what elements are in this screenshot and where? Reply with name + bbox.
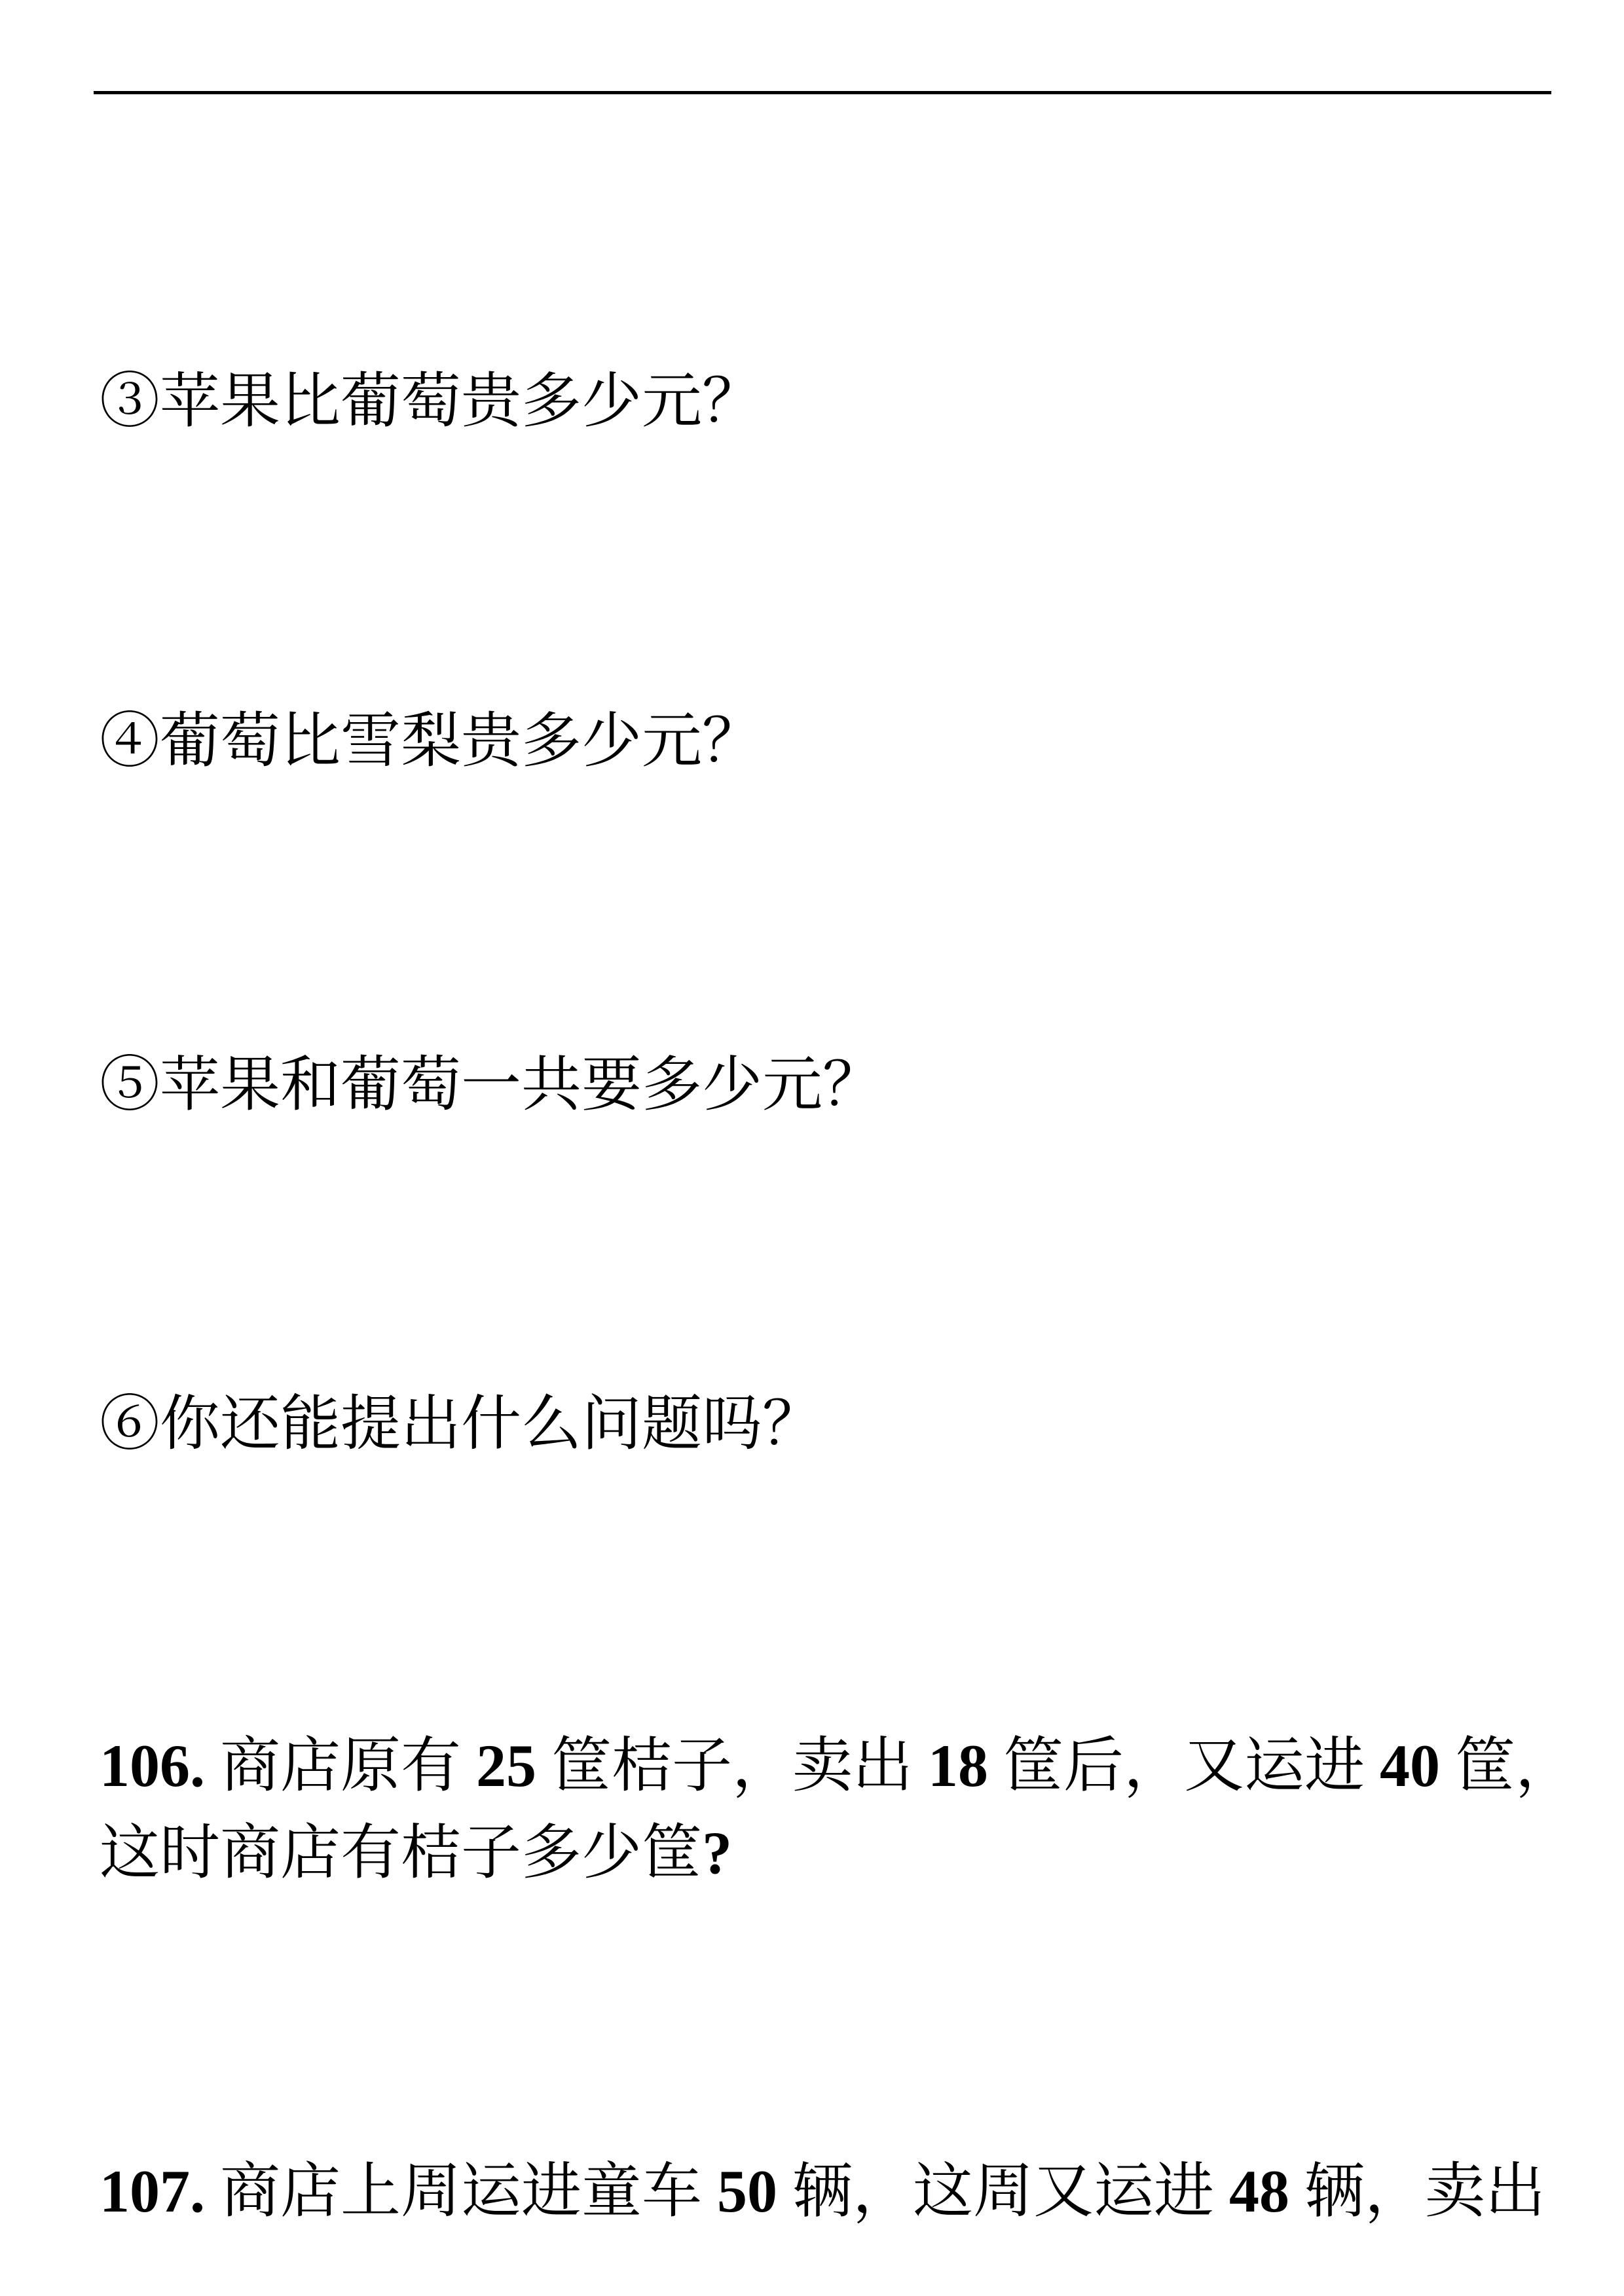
problem-107-text-2: 辆，这周又运进: [777, 2158, 1229, 2225]
problem-106-line-2: 这时商店有桔子多少筐?: [100, 1820, 732, 1886]
problem-106-question-text: 这时商店有桔子多少筐: [100, 1819, 702, 1886]
question-line-3: ③苹果比葡萄贵多少元？: [100, 369, 762, 434]
problem-106-text-1: 商店原有: [205, 1732, 476, 1799]
question-line-4: ④葡萄比雪梨贵多少元？: [100, 708, 762, 774]
header-rule: [94, 91, 1551, 94]
problem-106-qty-3: 40: [1380, 1732, 1440, 1799]
problem-107-qty-2: 48: [1229, 2158, 1289, 2225]
question-line-5: ⑤苹果和葡萄一共要多少元？: [100, 1052, 883, 1118]
problem-106-qty-2: 18: [928, 1732, 988, 1799]
problem-106-question-mark: ?: [702, 1819, 732, 1886]
problem-107-text-1: 商店上周运进童车: [205, 2158, 717, 2225]
problem-107-qty-1: 50: [717, 2158, 777, 2225]
problem-106-line-1: 106. 商店原有 25 筐桔子，卖出 18 筐后，又运进 40 筐，: [100, 1733, 1576, 1798]
problem-106-text-2: 筐桔子，卖出: [536, 1732, 928, 1799]
worksheet-page: ③苹果比葡萄贵多少元？ ④葡萄比雪梨贵多少元？ ⑤苹果和葡萄一共要多少元？ ⑥你…: [0, 0, 1624, 2296]
problem-107-number: 107.: [100, 2158, 205, 2225]
question-line-6: ⑥你还能提出什么问题吗？: [100, 1391, 822, 1457]
problem-106-number: 106.: [100, 1732, 205, 1799]
problem-106-text-3: 筐后，又运进: [988, 1732, 1380, 1799]
problem-107-text-3: 辆，卖出: [1289, 2158, 1545, 2225]
problem-106-text-4: 筐，: [1440, 1732, 1576, 1799]
problem-106-qty-1: 25: [476, 1732, 536, 1799]
problem-107-line-1: 107. 商店上周运进童车 50 辆，这周又运进 48 辆，卖出: [100, 2159, 1545, 2224]
